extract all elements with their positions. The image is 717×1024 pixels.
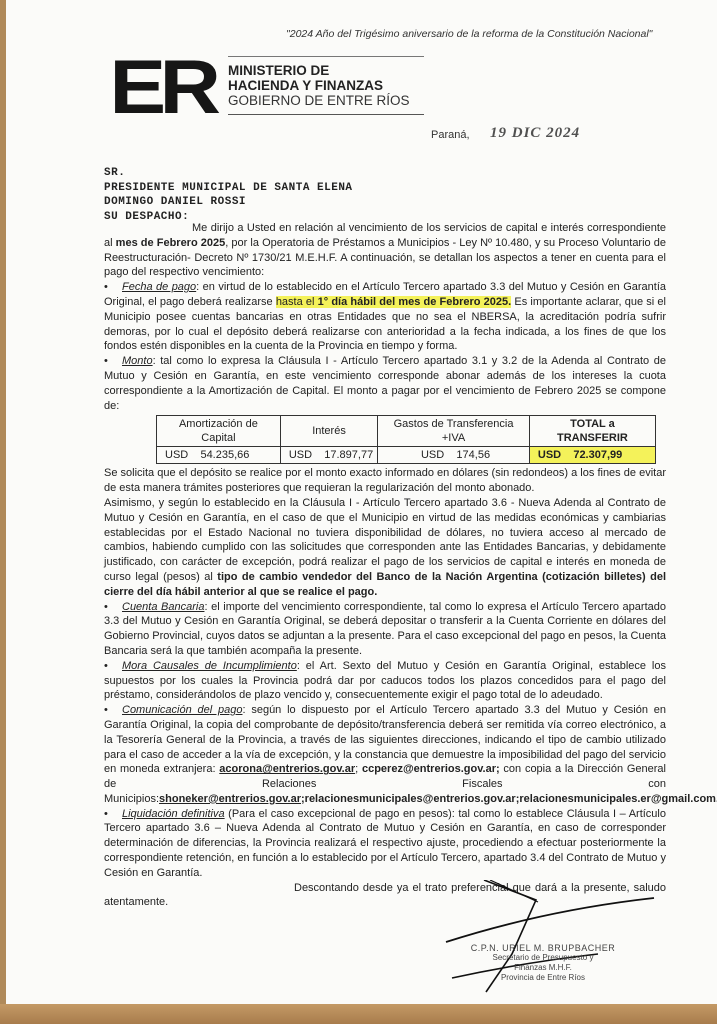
- recipient-line2: PRESIDENTE MUNICIPAL DE SANTA ELENA: [104, 181, 353, 196]
- intro-paragraph: Me dirijo a Usted en relación al vencimi…: [104, 221, 666, 280]
- liquidacion-label: Liquidación definitiva: [122, 808, 225, 820]
- table-row: USD 54.235,66 USD 17.897,77 USD 174,56 U…: [157, 447, 656, 464]
- highlight-bold: 1° día hábil del mes de Febrero 2025.: [318, 296, 512, 308]
- comunicacion-item: Comunicación del pago: según lo dispuest…: [104, 703, 666, 807]
- letter-body: Me dirijo a Usted en relación al vencimi…: [104, 221, 666, 910]
- date-stamp: 19 DIC 2024: [490, 125, 580, 142]
- col-gastos: Gastos de Transferencia +IVA: [378, 416, 530, 447]
- recipient-block: SR. PRESIDENTE MUNICIPAL DE SANTA ELENA …: [104, 166, 353, 224]
- desk-surface: [0, 1004, 717, 1024]
- ministry-heading: MINISTERIO DE HACIENDA Y FINANZAS GOBIER…: [228, 56, 424, 115]
- ministry-line2: HACIENDA Y FINANZAS: [228, 78, 424, 93]
- col-total: TOTAL a TRANSFERIR: [529, 416, 655, 447]
- comunicacion-label: Comunicación del pago: [122, 704, 242, 716]
- email-link-acorona[interactable]: acorona@entrerios.gov.ar: [219, 763, 355, 775]
- mora-label: Mora Causales de Incumplimiento: [122, 660, 297, 672]
- letter-page: "2024 Año del Trigésimo aniversario de l…: [6, 0, 717, 1006]
- intro-bold: mes de Febrero 2025: [116, 237, 226, 249]
- ministry-line1: MINISTERIO DE: [228, 63, 424, 78]
- monto-text: : tal como lo expresa la Cláusula I - Ar…: [104, 355, 666, 411]
- email-link-relaciones[interactable]: ;relacionesmunicipales@entrerios.gov.ar;…: [301, 793, 717, 805]
- table-header-row: Amortización de Capital Interés Gastos d…: [157, 416, 656, 447]
- city: Paraná,: [431, 129, 470, 141]
- col-interes: Interés: [280, 416, 377, 447]
- value-interes: USD 17.897,77: [280, 447, 377, 464]
- value-gastos: USD 174,56: [378, 447, 530, 464]
- value-total: USD 72.307,99: [529, 447, 655, 464]
- signer-title1: Secretario de Presupuesto y: [458, 953, 628, 963]
- header-motto: "2024 Año del Trigésimo aniversario de l…: [286, 28, 706, 40]
- email-link-shoneker[interactable]: shoneker@entrerios.gov.ar: [159, 793, 301, 805]
- mora-item: Mora Causales de Incumplimiento: el Art.…: [104, 659, 666, 703]
- email-link-ccperez[interactable]: ccperez@entrerios.gov.ar;: [362, 763, 500, 775]
- fecha-pago-highlight: hasta el 1° día hábil del mes de Febrero…: [276, 296, 511, 308]
- cuenta-bancaria-label: Cuenta Bancaria: [122, 601, 204, 613]
- separator: ;: [355, 763, 362, 775]
- liquidacion-item: Liquidación definitiva (Para el caso exc…: [104, 807, 666, 881]
- deposit-note: Se solicita que el depósito se realice p…: [104, 466, 666, 496]
- monto-label: Monto: [122, 355, 153, 367]
- monto-item: Monto: tal como lo expresa la Cláusula I…: [104, 354, 666, 413]
- er-logo: ER: [109, 57, 214, 119]
- fecha-pago-item: Fecha de pago: en virtud de lo estableci…: [104, 280, 666, 354]
- logo-text: ER: [109, 50, 214, 126]
- signer-title2: Finanzas M.H.F.: [458, 963, 628, 973]
- signer-title3: Provincia de Entre Ríos: [458, 973, 628, 983]
- exception-paragraph: Asimismo, y según lo establecido en la C…: [104, 496, 666, 600]
- signer-name: C.P.N. URIEL M. BRUPBACHER: [458, 943, 628, 953]
- cuenta-bancaria-item: Cuenta Bancaria: el importe del vencimie…: [104, 600, 666, 659]
- ministry-line3: GOBIERNO DE ENTRE RÍOS: [228, 93, 424, 108]
- recipient-line1: SR.: [104, 166, 353, 181]
- col-amortizacion: Amortización de Capital: [157, 416, 281, 447]
- fecha-pago-label: Fecha de pago: [122, 281, 196, 293]
- amounts-table: Amortización de Capital Interés Gastos d…: [156, 415, 656, 464]
- recipient-line3: DOMINGO DANIEL ROSSI: [104, 195, 353, 210]
- signature-block: C.P.N. URIEL M. BRUPBACHER Secretario de…: [458, 943, 628, 983]
- value-amortizacion: USD 54.235,66: [157, 447, 281, 464]
- highlight-plain: hasta el: [276, 296, 318, 308]
